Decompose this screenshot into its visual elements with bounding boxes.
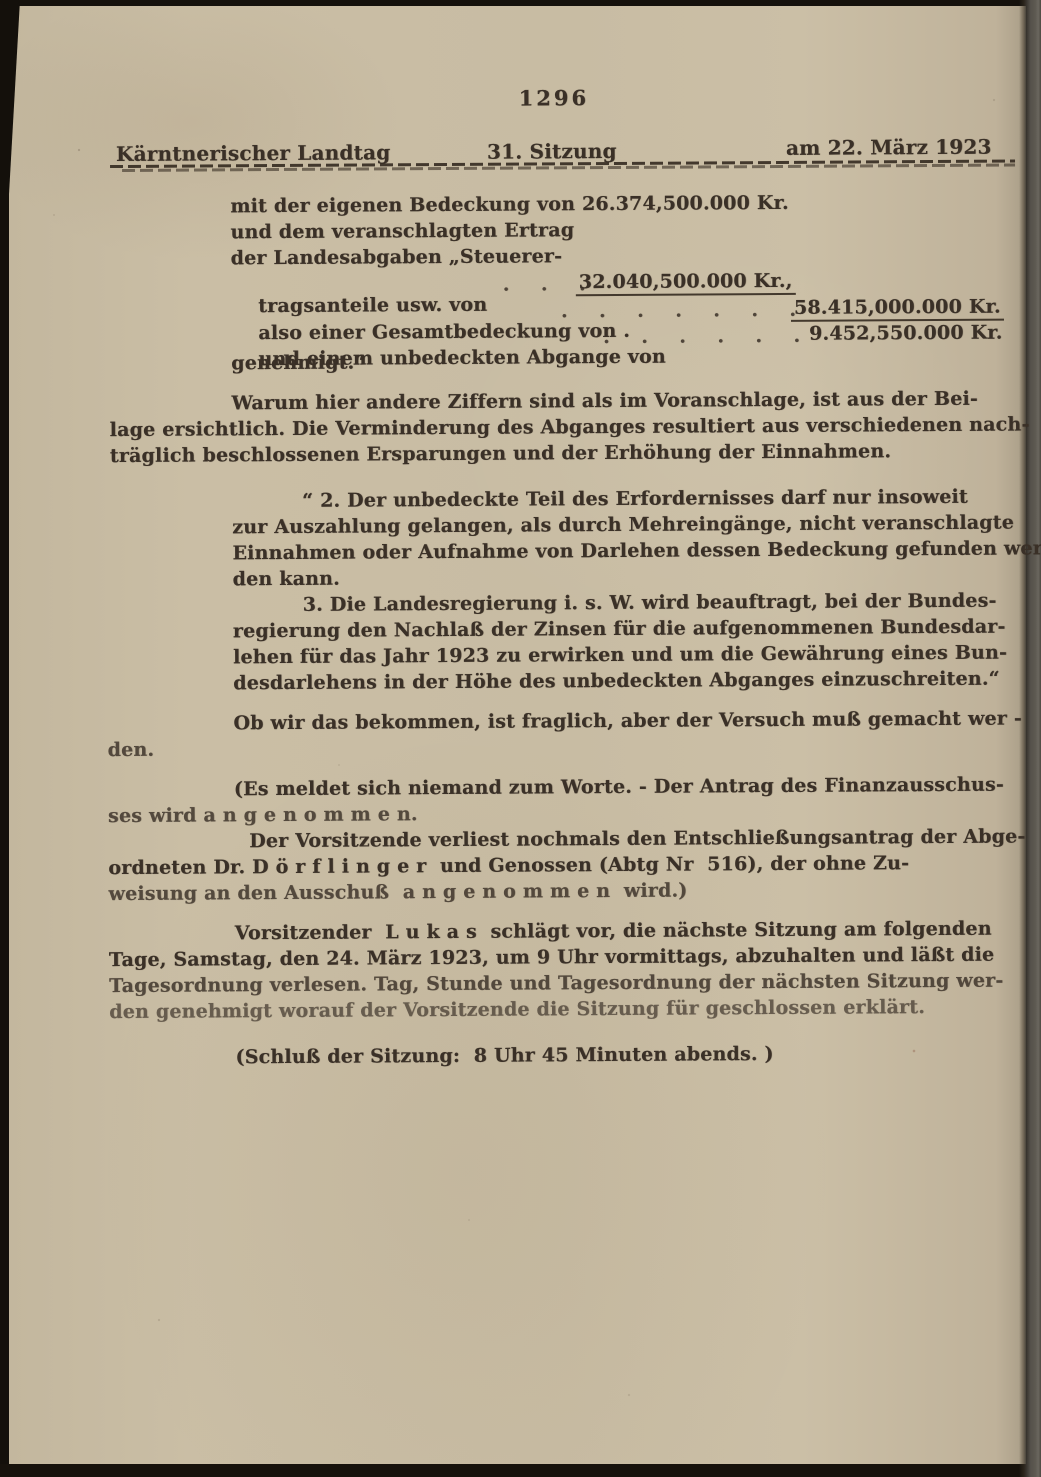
leader-dots: . . . . . . . bbox=[561, 299, 797, 322]
doubt-line-2: den. bbox=[108, 739, 155, 761]
vote-line-4: ordneten Dr. D ö r f l i n g e r und Gen… bbox=[108, 852, 909, 879]
next-session-line-4: den genehmigt worauf der Vorsitzende die… bbox=[109, 996, 925, 1023]
vote-line-5: weisung an den Ausschuß a n g e n o m m … bbox=[108, 880, 687, 906]
explain-line-1: Warum hier andere Ziffern sind als im Vo… bbox=[231, 388, 978, 415]
vote-line-1: (Es meldet sich niemand zum Worte. - Der… bbox=[234, 774, 1004, 801]
point2-line-1: “ 2. Der unbedeckte Teil des Erfordernis… bbox=[302, 486, 968, 512]
budget-amount-gesamtbedeckung: 58.415,000.000 Kr. bbox=[791, 296, 1004, 322]
budget-line-3: der Landesabgaben „Steuerer- bbox=[231, 245, 563, 269]
point3-line-4: desdarlehens in der Höhe des unbedeckten… bbox=[233, 668, 1000, 695]
page-number: 1296 bbox=[519, 85, 590, 110]
doubt-line-1: Ob wir das bekommen, ist fraglich, aber … bbox=[233, 708, 1022, 735]
leader-dots: . . . . . . bbox=[603, 325, 801, 348]
point2-line-3: Einnahmen oder Aufnahme von Darlehen des… bbox=[232, 537, 1041, 564]
session-closing-note: (Schluß der Sitzung: 8 Uhr 45 Minuten ab… bbox=[235, 1043, 773, 1068]
budget-line-7: genehmigt.“ bbox=[231, 352, 365, 375]
explain-line-3: träglich beschlossenen Ersparungen und d… bbox=[110, 440, 891, 467]
header-date: am 22. März 1923 bbox=[786, 135, 992, 160]
budget-amount-steuerertrag: 32.040,500.000 Kr., bbox=[576, 270, 796, 296]
point3-line-1: 3. Die Landesregierung i. s. W. wird bea… bbox=[303, 590, 997, 616]
point3-line-3: lehen für das Jahr 1923 zu erwirken und … bbox=[233, 642, 1007, 669]
document-content: 1296 Kärntnerischer Landtag 31. Sitzung … bbox=[0, 0, 1041, 1477]
next-session-line-3: Tagesordnung verlesen. Tag, Stunde und T… bbox=[109, 970, 1003, 997]
vote-line-2: ses wird a n g e n o m m e n. bbox=[108, 803, 418, 827]
budget-line-2: und dem veranschlagten Ertrag bbox=[230, 219, 574, 243]
point2-line-4: den kann. bbox=[232, 568, 339, 591]
budget-line-1: mit der eigenen Bedeckung von 26.374,500… bbox=[230, 192, 789, 217]
point2-line-2: zur Auszahlung gelangen, als durch Mehre… bbox=[232, 512, 1014, 539]
point3-line-2: regierung den Nachlaß der Zinsen für die… bbox=[233, 616, 1006, 643]
explain-line-2: lage ersichtlich. Die Verminderung des A… bbox=[110, 413, 1030, 441]
budget-amount-abgang: 9.452,550.000 Kr. bbox=[809, 322, 1003, 345]
leader-dots: . . . bbox=[503, 273, 587, 296]
next-session-line-2: Tage, Samstag, den 24. März 1923, um 9 U… bbox=[109, 944, 995, 971]
header-institution: Kärntnerischer Landtag bbox=[116, 140, 391, 166]
header-session-number: 31. Sitzung bbox=[487, 139, 617, 164]
vote-line-3: Der Vorsitzende verliest nochmals den En… bbox=[249, 825, 1025, 852]
next-session-line-1: Vorsitzender L u k a s schlägt vor, die … bbox=[235, 918, 992, 945]
